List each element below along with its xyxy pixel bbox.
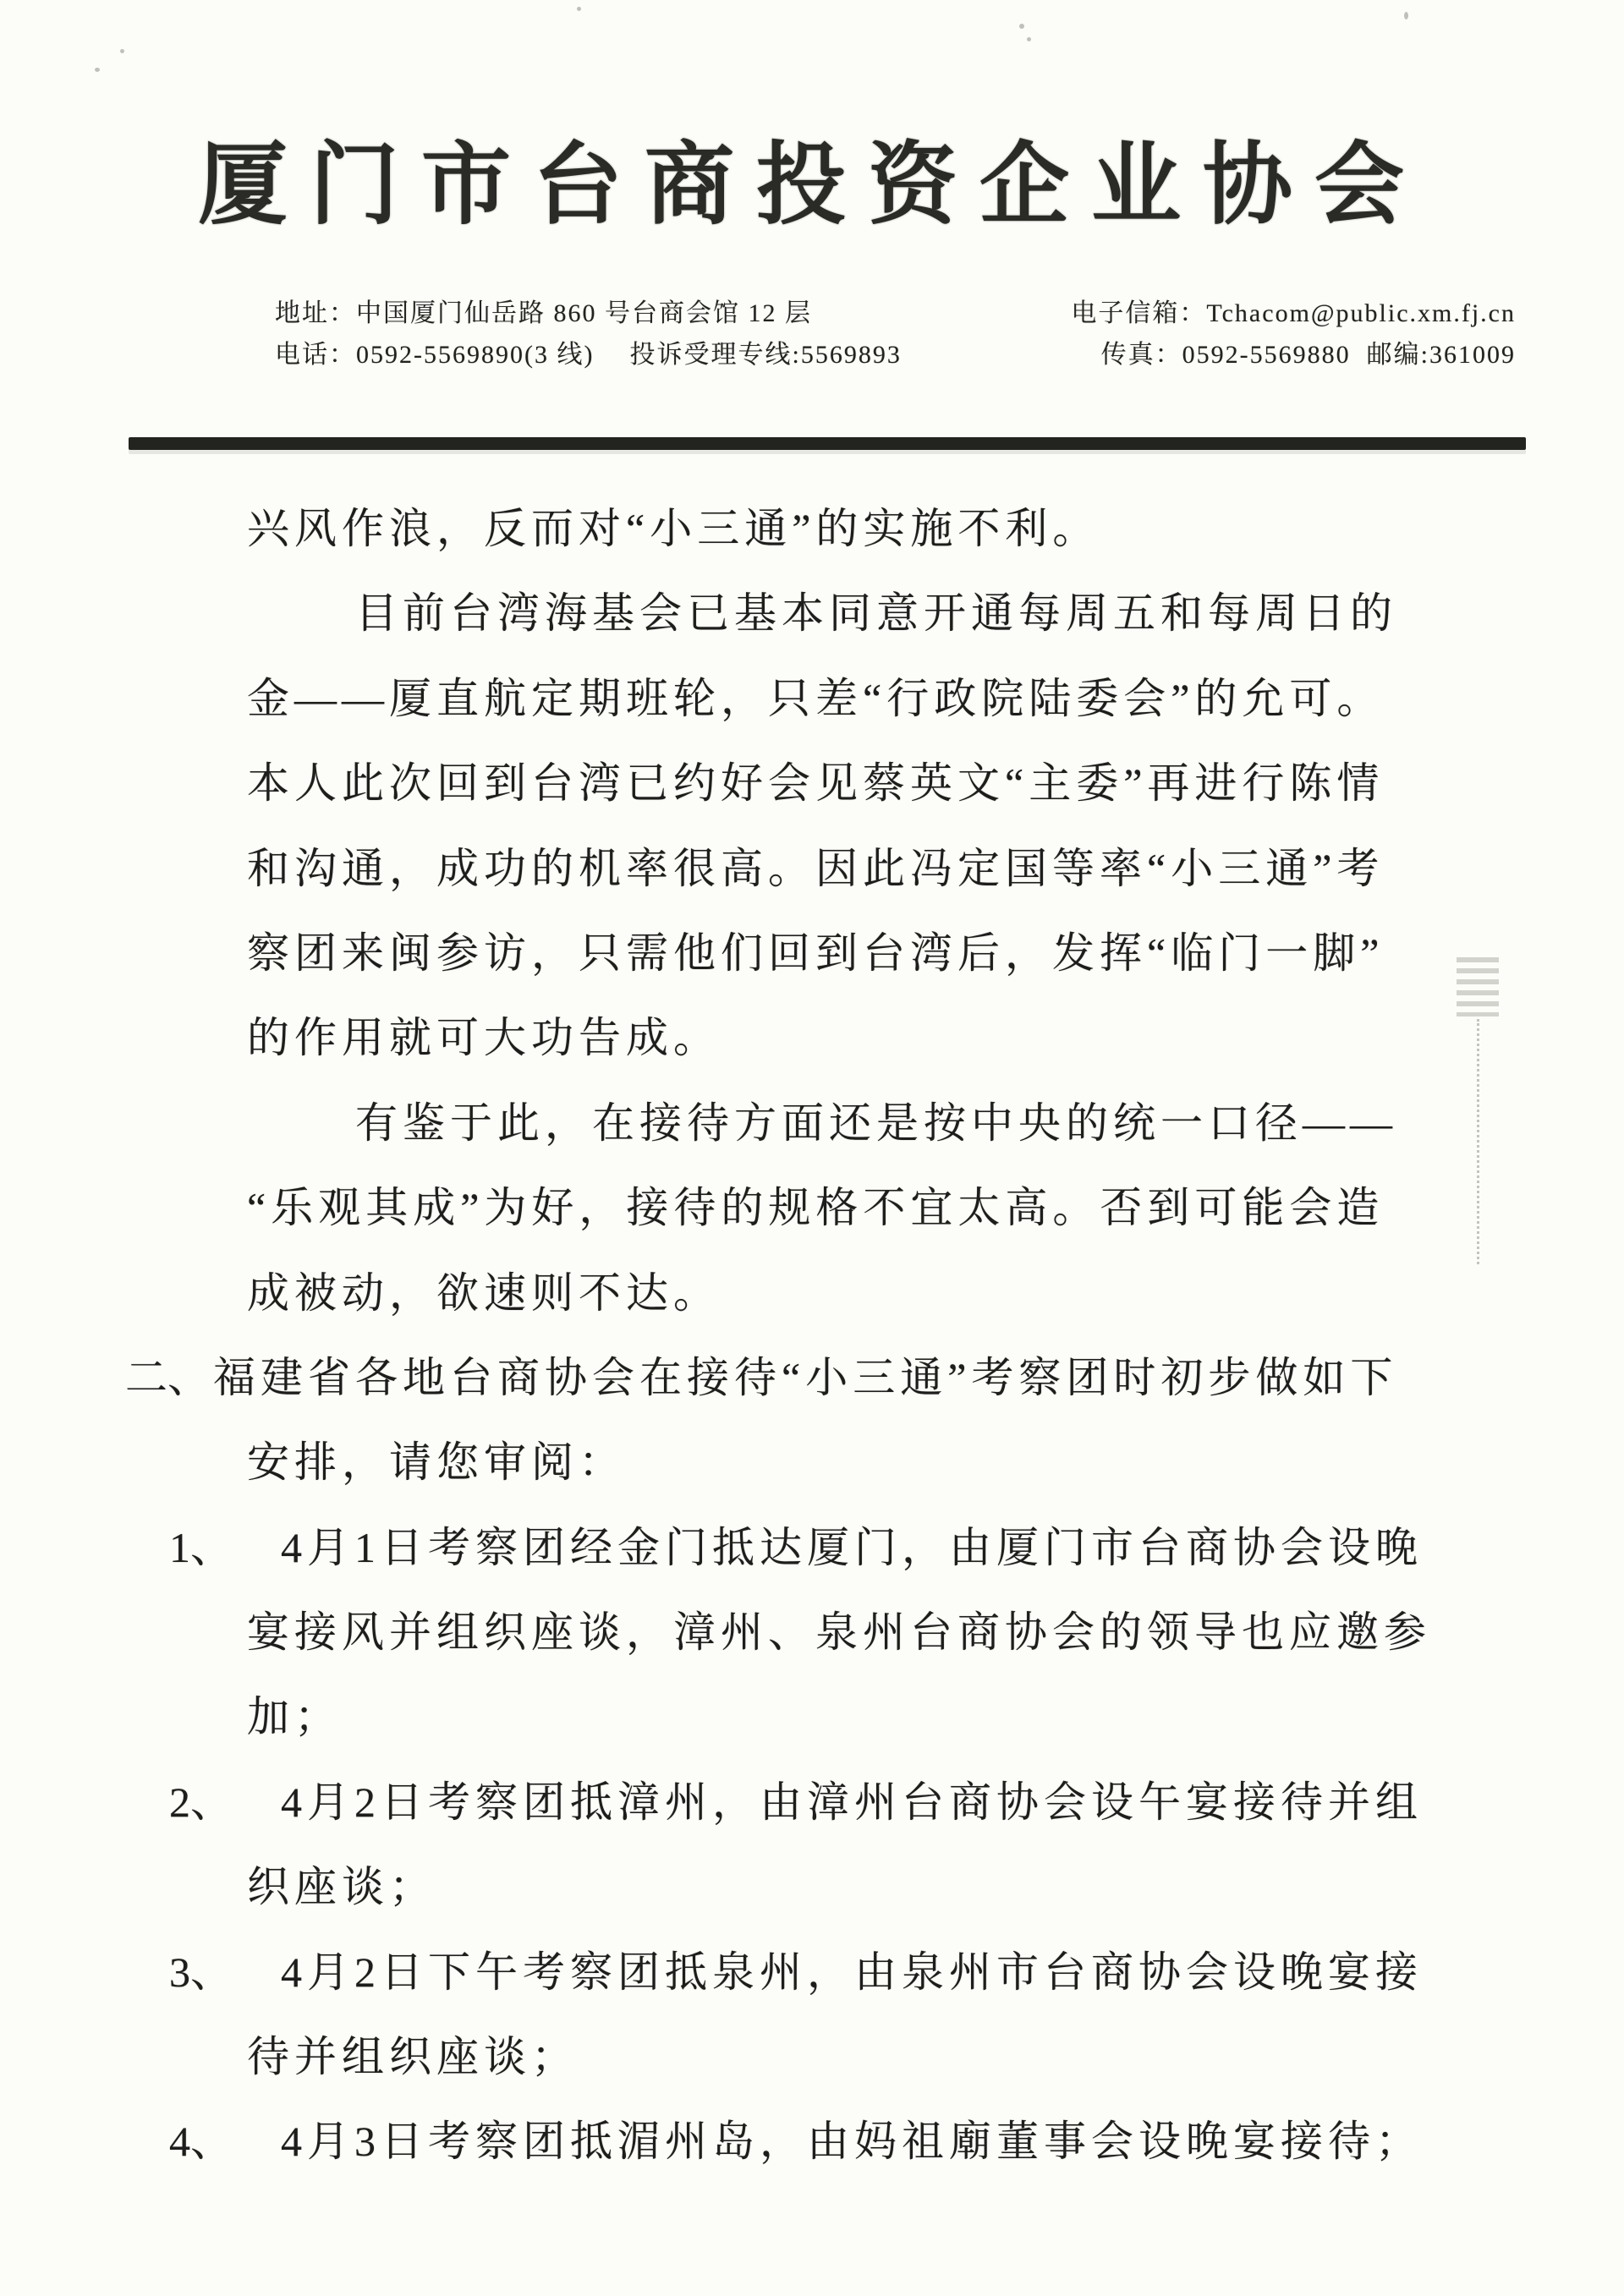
phone-line: 电话：0592-5569890(3 线)	[275, 341, 594, 369]
phone-hotline-group: 电话：0592-5569890(3 线)投诉受理专线:5569893	[275, 334, 902, 375]
line-text: 4月2日下午考察团抵泉州，由泉州市台商协会设晚宴接	[281, 1948, 1423, 1996]
continuation-line: 加；	[0, 1674, 1624, 1759]
scan-speck	[1019, 24, 1024, 29]
line-text: 有鉴于此，在接待方面还是按中央的统一口径——	[355, 1099, 1397, 1147]
contact-row-2: 电话：0592-5569890(3 线)投诉受理专线:5569893 传真：05…	[275, 334, 1516, 375]
scan-speck	[95, 68, 100, 72]
paragraph-line: “乐观其成”为好，接待的规格不宜太高。否到可能会造	[0, 1165, 1624, 1250]
paragraph-line: 目前台湾海基会已基本同意开通每周五和每周日的	[0, 571, 1624, 655]
fax-postcode-group: 传真：0592-5569880 邮编:361009	[1101, 334, 1516, 375]
line-text: 4月3日考察团抵湄州岛，由妈祖廟董事会设晚宴接待；	[281, 2118, 1423, 2165]
line-text: 待并组织座谈；	[247, 2033, 579, 2080]
line-text: 察团来闽参访，只需他们回到台湾后，发挥“临门一脚”	[247, 929, 1384, 977]
scan-speck	[1404, 12, 1408, 19]
continuation-line: 织座谈；	[0, 1844, 1624, 1929]
line-text: 金——厦直航定期班轮，只差“行政院陆委会”的允可。	[247, 675, 1384, 722]
org-title: 厦门市台商投资企业协会	[0, 101, 1624, 271]
line-text: 的作用就可大功告成。	[247, 1014, 721, 1061]
line-text: 4月1日考察团经金门抵达厦门，由厦门市台商协会设晚	[281, 1524, 1423, 1571]
fax-line: 传真：0592-5569880	[1101, 341, 1351, 369]
paragraph-line: 有鉴于此，在接待方面还是按中央的统一口径——	[0, 1081, 1624, 1165]
continuation-line: 待并组织座谈；	[0, 2014, 1624, 2099]
hotline-line: 投诉受理专线:5569893	[629, 341, 901, 369]
line-text: 4月2日考察团抵漳州，由漳州台商协会设午宴接待并组	[281, 1778, 1423, 1826]
letterhead-contact: 地址：中国厦门仙岳路 860 号台商会馆 12 层 电子信箱：Tchacom@p…	[275, 293, 1516, 375]
paragraph-line: 兴风作浪，反而对“小三通”的实施不利。	[0, 486, 1624, 571]
line-text: 本人此次回到台湾已约好会见蔡英文“主委”再进行陈情	[247, 759, 1384, 807]
scan-smudge	[1457, 957, 1499, 1016]
line-text: 和沟通，成功的机率很高。因此冯定国等率“小三通”考	[247, 845, 1384, 892]
letterhead-rule	[129, 437, 1526, 450]
item-number: 1、	[169, 1505, 281, 1590]
paragraph-line: 和沟通，成功的机率很高。因此冯定国等率“小三通”考	[0, 826, 1624, 911]
email-line: 电子信箱：Tchacom@public.xm.fj.cn	[1071, 293, 1516, 334]
paragraph-line: 金——厦直航定期班轮，只差“行政院陆委会”的允可。	[0, 656, 1624, 741]
section-line: 二、福建省各地台商协会在接待“小三通”考察团时初步做如下	[0, 1335, 1624, 1420]
line-text: 成被动，欲速则不达。	[247, 1269, 721, 1317]
paragraph-line: 成被动，欲速则不达。	[0, 1251, 1624, 1335]
scan-speck	[1027, 37, 1031, 41]
scan-speck	[120, 49, 124, 53]
line-text: 安排，请您审阅：	[247, 1438, 626, 1486]
paragraph-line: 察团来闽参访，只需他们回到台湾后，发挥“临门一脚”	[0, 911, 1624, 995]
line-text: 织座谈；	[247, 1863, 436, 1910]
letter-body: 兴风作浪，反而对“小三通”的实施不利。 目前台湾海基会已基本同意开通每周五和每周…	[0, 486, 1624, 2184]
list-item-line: 3、4月2日下午考察团抵泉州，由泉州市台商协会设晚宴接	[0, 1930, 1624, 2014]
line-text: 福建省各地台商协会在接待“小三通”考察团时初步做如下	[213, 1354, 1397, 1401]
contact-row-1: 地址：中国厦门仙岳路 860 号台商会馆 12 层 电子信箱：Tchacom@p…	[275, 293, 1516, 334]
paragraph-line: 的作用就可大功告成。	[0, 995, 1624, 1080]
scan-noise-column	[1477, 1019, 1479, 1264]
line-text: 宴接风并组织座谈，漳州、泉州台商协会的领导也应邀参	[247, 1608, 1431, 1656]
paragraph-line: 本人此次回到台湾已约好会见蔡英文“主委”再进行陈情	[0, 741, 1624, 825]
item-number: 3、	[169, 1930, 281, 2014]
item-number: 4、	[169, 2099, 281, 2184]
list-item-line: 4、4月3日考察团抵湄州岛，由妈祖廟董事会设晚宴接待；	[0, 2099, 1624, 2184]
continuation-line: 宴接风并组织座谈，漳州、泉州台商协会的领导也应邀参	[0, 1590, 1624, 1674]
line-text: “乐观其成”为好，接待的规格不宜太高。否到可能会造	[247, 1184, 1384, 1231]
list-item-line: 2、4月2日考察团抵漳州，由漳州台商协会设午宴接待并组	[0, 1760, 1624, 1844]
continuation-line: 安排，请您审阅：	[0, 1420, 1624, 1504]
postcode-line: 邮编:361009	[1367, 341, 1516, 369]
scan-speck	[577, 7, 581, 11]
line-text: 兴风作浪，反而对“小三通”的实施不利。	[247, 505, 1100, 552]
list-item-line: 1、4月1日考察团经金门抵达厦门，由厦门市台商协会设晚	[0, 1505, 1624, 1590]
section-marker: 二、	[125, 1335, 210, 1420]
line-text: 目前台湾海基会已基本同意开通每周五和每周日的	[355, 589, 1397, 637]
address-line: 地址：中国厦门仙岳路 860 号台商会馆 12 层	[275, 293, 812, 334]
item-number: 2、	[169, 1760, 281, 1844]
scanned-letter-page: 厦门市台商投资企业协会 地址：中国厦门仙岳路 860 号台商会馆 12 层 电子…	[0, 0, 1624, 2296]
line-text: 加；	[247, 1693, 342, 1740]
